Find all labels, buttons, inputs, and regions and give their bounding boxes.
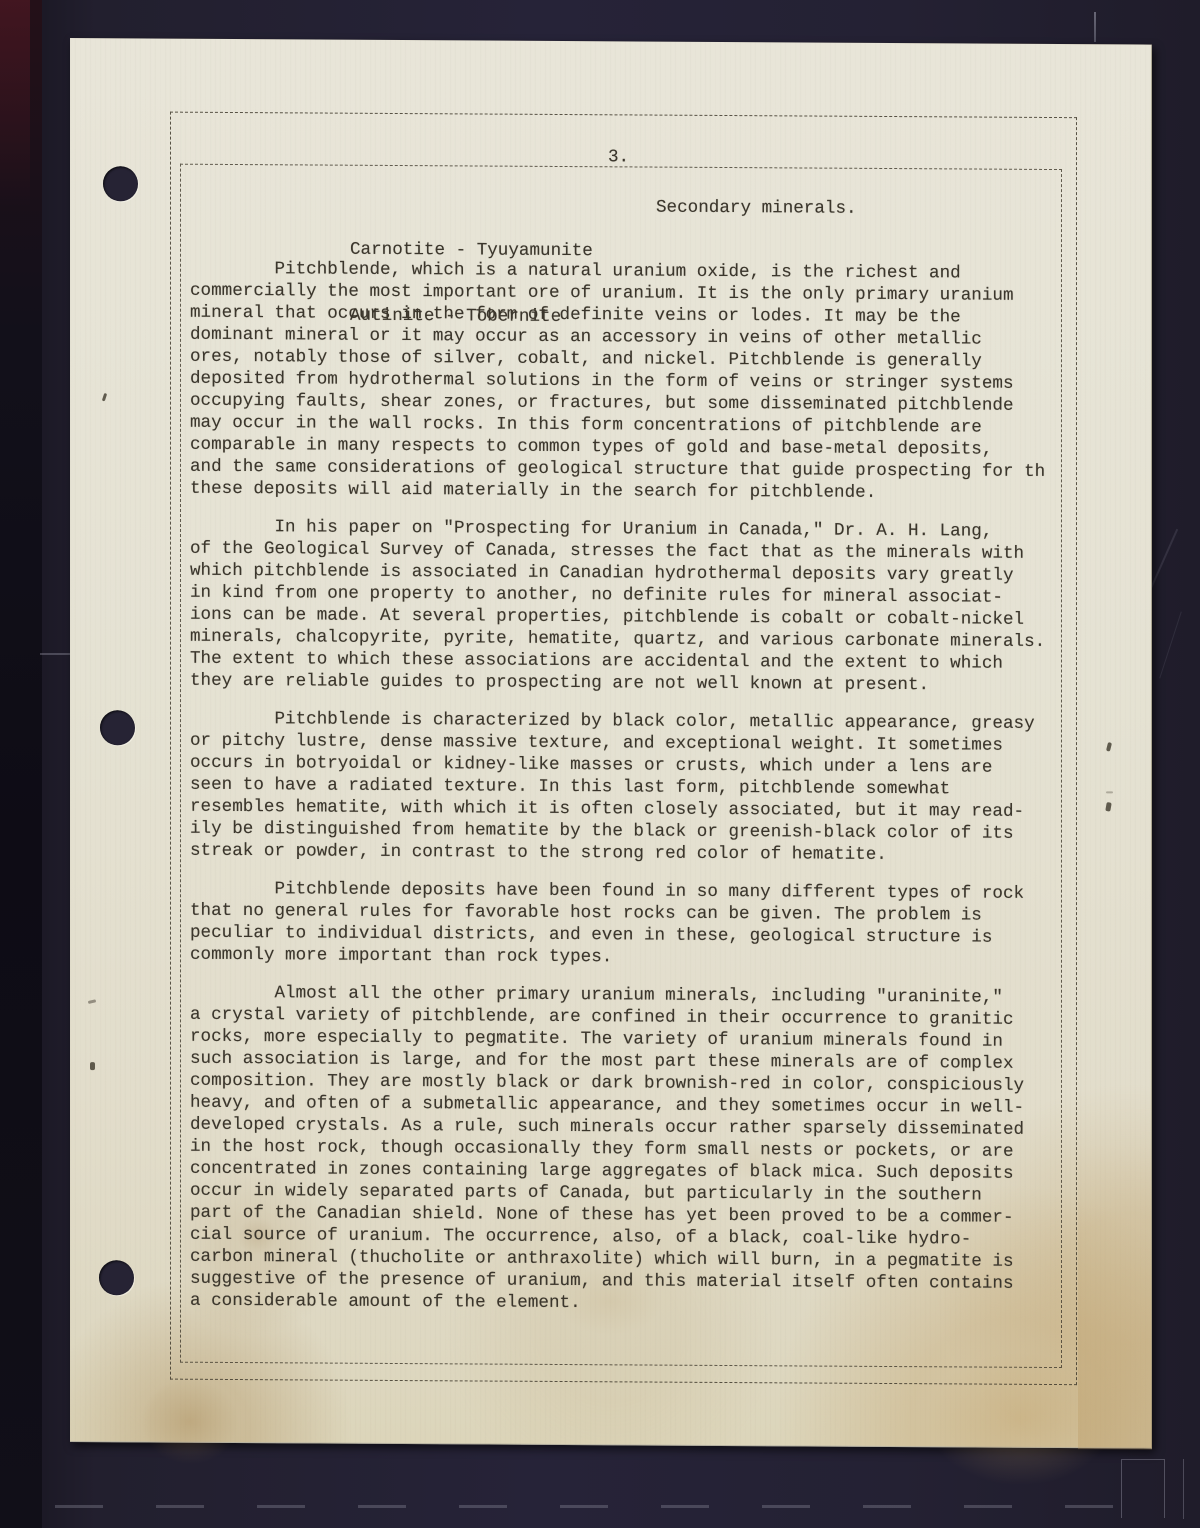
corner-registration-mark <box>1121 1459 1165 1518</box>
mineral-pair-line: Autinite - Tobernite <box>350 305 1085 331</box>
binder-spine-highlight <box>0 0 30 230</box>
ink-speck <box>90 1062 95 1070</box>
page-number: 3. <box>608 146 648 168</box>
body-paragraph-lang-paper: In his paper on "Prospecting for Uranium… <box>190 516 1085 697</box>
scratch-mark <box>40 653 74 655</box>
body-paragraph-other-minerals: Almost all the other primary uranium min… <box>190 982 1085 1317</box>
ink-speck <box>88 999 96 1004</box>
ink-speck <box>102 393 107 402</box>
scratch-mark <box>1159 612 1182 679</box>
corner-registration-mark <box>1183 1459 1184 1519</box>
paper-edge-artifact <box>1094 12 1096 42</box>
mineral-pairs: Carnotite - Tyuyamunite Autinite - Tober… <box>350 195 1085 375</box>
secondary-minerals-note: Secondary minerals. <box>656 197 857 220</box>
hole-punch <box>99 1260 134 1295</box>
age-stain <box>1078 1144 1152 1449</box>
hole-punch <box>103 166 138 201</box>
body-paragraph-characteristics: Pitchblende is characterized by black co… <box>190 708 1085 867</box>
ink-speck <box>1106 791 1113 793</box>
scanned-page: 3. Carnotite - Tyuyamunite Autinite - To… <box>70 38 1152 1449</box>
body-paragraph-host-rocks: Pitchblende deposits have been found in … <box>190 878 1085 971</box>
ink-speck <box>1106 742 1112 752</box>
typed-text-column: Carnotite - Tyuyamunite Autinite - Tober… <box>190 194 1085 1317</box>
ink-speck <box>1105 802 1111 812</box>
scan-background: { "doc": { "page_number": "3.", "heading… <box>0 0 1200 1528</box>
hole-punch <box>100 710 135 745</box>
scanner-ruler-dashes <box>55 1505 1145 1508</box>
age-stain <box>125 1363 255 1479</box>
mineral-pair-line: Carnotite - Tyuyamunite <box>350 239 1085 265</box>
minerals-heading: Carnotite - Tyuyamunite Autinite - Tober… <box>190 194 1085 243</box>
